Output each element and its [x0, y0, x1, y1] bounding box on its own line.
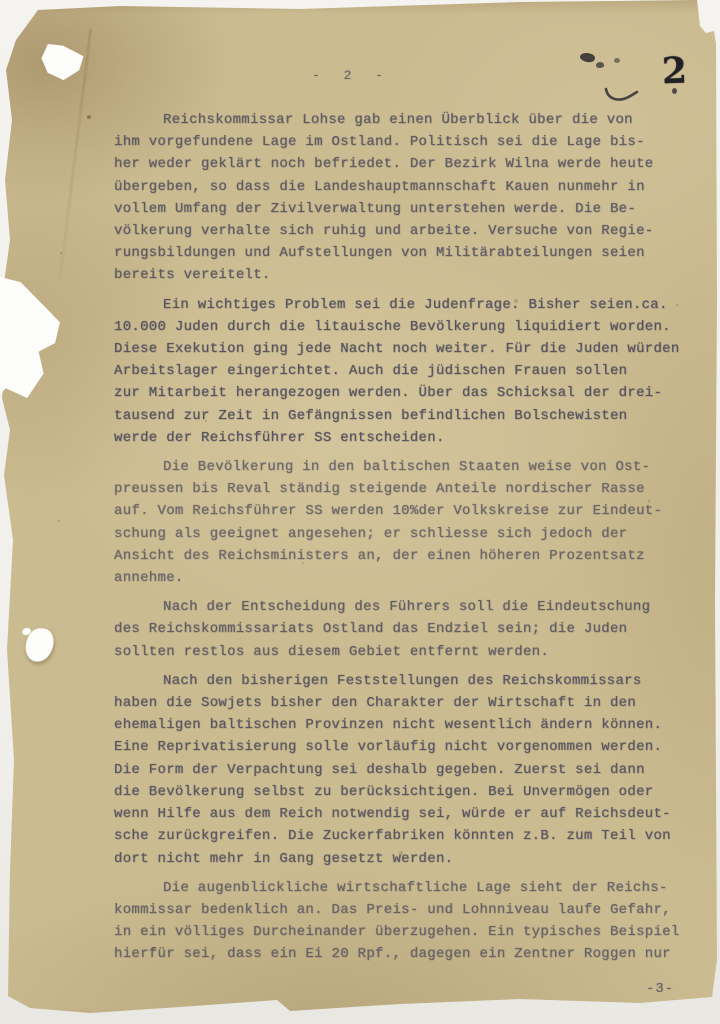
- page-number-stamp: 2: [661, 50, 688, 93]
- paragraph: Reichskommissar Lohse gab einen Überblic…: [114, 109, 704, 287]
- text-line: kommissar bedenklich an. Das Preis- und …: [114, 899, 704, 921]
- ink-smudge: [614, 58, 620, 63]
- paragraph: Die augenblickliche wirtschaftliche Lage…: [114, 877, 704, 966]
- text-line: Arbeitslager eingerichtet. Auch die jüdi…: [114, 360, 704, 382]
- footer-page-marker: -3-: [646, 981, 674, 997]
- text-line: annehme.: [114, 567, 704, 589]
- text-line: preussen bis Reval ständig steigende Ant…: [114, 478, 704, 500]
- ink-smudge: [596, 61, 605, 68]
- text-line: wenn Hilfe aus dem Reich notwendig sei, …: [114, 803, 704, 825]
- paper-sheet: - 2 - 2 Reichskommissar Lohse gab einen …: [0, 0, 720, 1024]
- text-line: bereits vereitelt.: [114, 264, 704, 286]
- ink-smudge: [579, 51, 596, 64]
- typewritten-text: Reichskommissar Lohse gab einen Überblic…: [114, 109, 704, 973]
- text-line: auf. Vom Reichsführer SS werden 10%der V…: [114, 500, 704, 522]
- text-line: Reichskommissar Lohse gab einen Überblic…: [114, 109, 704, 131]
- text-line: Eine Reprivatisierung solle vorläufig ni…: [114, 736, 704, 758]
- text-line: vollem Umfang der Zivilverwaltung unters…: [114, 198, 704, 220]
- text-line: ihm vorgefundene Lage im Ostland. Politi…: [114, 131, 704, 153]
- pen-mark: [604, 86, 640, 106]
- text-line: 10.000 Juden durch die litauische Bevölk…: [114, 316, 704, 338]
- text-line: sche zurückgreifen. Die Zuckerfabriken k…: [114, 825, 704, 847]
- paragraph: Die Bevölkerung in den baltischen Staate…: [114, 456, 704, 589]
- foxing-specks: [0, 0, 2, 2]
- text-line: Die augenblickliche wirtschaftliche Lage…: [114, 877, 704, 899]
- pen-dot: [672, 88, 677, 94]
- text-line: Die Form der Verpachtung sei deshalb geg…: [114, 759, 704, 781]
- text-line: tausend zur Zeit in Gefängnissen befindl…: [114, 405, 704, 427]
- text-line: in ein völliges Durcheinander überzugehe…: [114, 921, 704, 943]
- text-line: Nach den bisherigen Feststellungen des R…: [114, 670, 704, 692]
- text-line: rungsbildungen und Aufstellungen von Mil…: [114, 242, 704, 264]
- text-line: Ansicht des Reichsministers an, der eine…: [114, 545, 704, 567]
- text-line: sollten restlos aus diesem Gebiet entfer…: [114, 641, 704, 663]
- text-line: Nach der Entscheidung des Führers soll d…: [114, 596, 704, 618]
- paragraph: Nach den bisherigen Feststellungen des R…: [114, 670, 704, 870]
- text-line: her weder geklärt noch befriedet. Der Be…: [114, 153, 704, 175]
- text-line: Ein wichtiges Problem sei die Judenfrage…: [114, 294, 704, 316]
- text-line: des Reichskommissariats Ostland das Endz…: [114, 618, 704, 640]
- text-line: hierfür sei, dass ein Ei 20 Rpf., dagege…: [114, 943, 704, 965]
- header-page-marker: - 2 -: [312, 68, 391, 83]
- text-line: werde der Reichsführer SS entscheiden.: [114, 427, 704, 449]
- text-line: völkerung verhalte sich ruhig und arbeit…: [114, 220, 704, 242]
- text-line: die Bevölkerung selbst zu berücksichtige…: [114, 781, 704, 803]
- text-line: Diese Exekution ging jede Nacht noch wei…: [114, 338, 704, 360]
- paragraph: Nach der Entscheidung des Führers soll d…: [114, 596, 704, 663]
- text-line: zur Mitarbeit herangezogen werden. Über …: [114, 382, 704, 404]
- text-line: Die Bevölkerung in den baltischen Staate…: [114, 456, 704, 478]
- text-line: schung als geeignet angesehen; er schlie…: [114, 523, 704, 545]
- paragraph: Ein wichtiges Problem sei die Judenfrage…: [114, 294, 704, 449]
- text-line: ehemaligen baltischen Provinzen nicht we…: [114, 714, 704, 736]
- text-line: haben die Sowjets bisher den Charakter d…: [114, 692, 704, 714]
- text-line: dort nicht mehr in Gang gesetzt werden.: [114, 848, 704, 870]
- text-line: übergeben, so dass die Landeshauptmannsc…: [114, 176, 704, 198]
